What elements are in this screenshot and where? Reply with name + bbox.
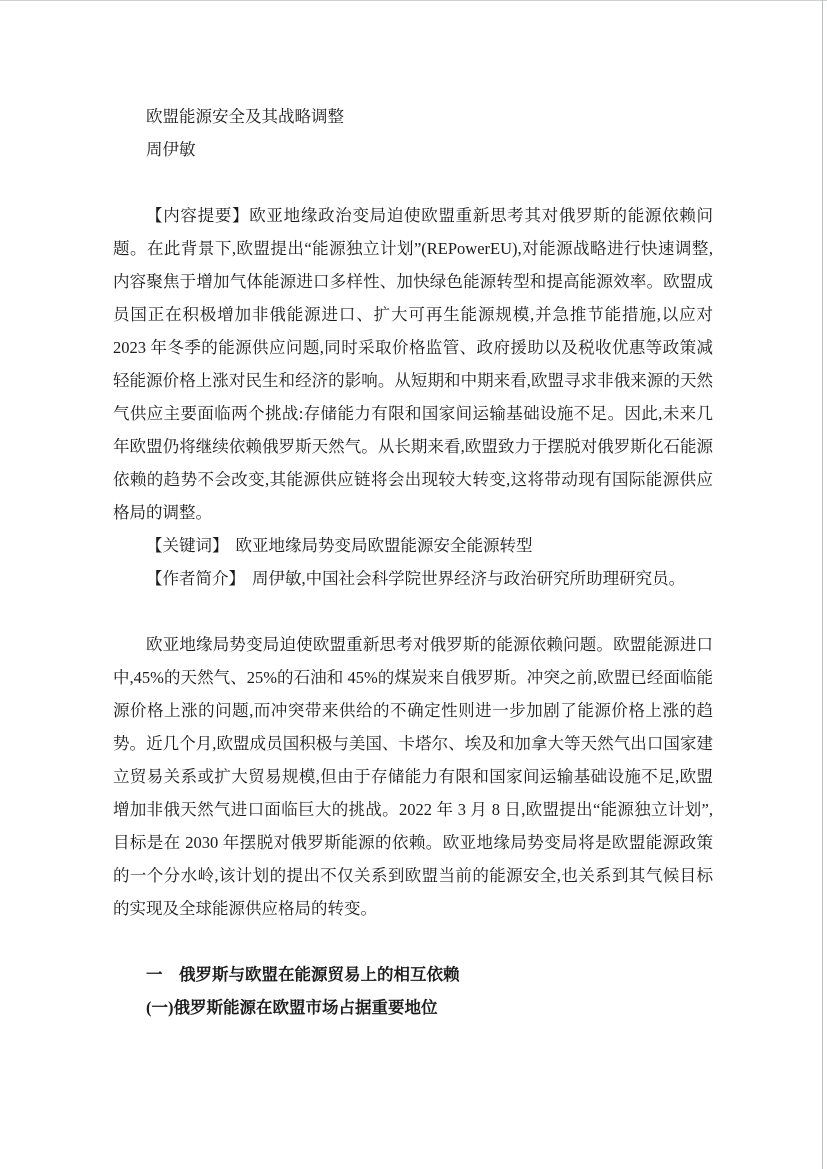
subsection-heading: (一)俄罗斯能源在欧盟市场占据重要地位 [113, 991, 713, 1024]
page-edge-top [0, 0, 827, 1]
spacer [113, 925, 713, 958]
document-page: 欧盟能源安全及其战略调整 周伊敏 【内容提要】欧亚地缘政治变局迫使欧盟重新思考其… [113, 100, 713, 1024]
paper-author: 周伊敏 [113, 133, 713, 166]
section-heading: 一 俄罗斯与欧盟在能源贸易上的相互依赖 [113, 958, 713, 991]
spacer [113, 166, 713, 199]
paper-title: 欧盟能源安全及其战略调整 [113, 100, 713, 133]
body-paragraph: 欧亚地缘局势变局迫使欧盟重新思考对俄罗斯的能源依赖问题。欧盟能源进口中,45%的… [113, 628, 713, 925]
keywords-text: 欧亚地缘局势变局欧盟能源安全能源转型 [236, 536, 533, 555]
spacer [113, 595, 713, 628]
keywords-line: 【关键词】欧亚地缘局势变局欧盟能源安全能源转型 [113, 529, 713, 562]
keywords-label: 【关键词】 [146, 536, 229, 555]
author-bio-line: 【作者简介】周伊敏,中国社会科学院世界经济与政治研究所助理研究员。 [113, 562, 713, 595]
abstract-text: 欧亚地缘政治变局迫使欧盟重新思考其对俄罗斯的能源依赖问题。在此背景下,欧盟提出“… [113, 206, 713, 522]
page-edge-right [822, 0, 823, 1169]
author-bio-label: 【作者简介】 [146, 569, 245, 588]
abstract-paragraph: 【内容提要】欧亚地缘政治变局迫使欧盟重新思考其对俄罗斯的能源依赖问题。在此背景下… [113, 199, 713, 529]
author-bio-text: 周伊敏,中国社会科学院世界经济与政治研究所助理研究员。 [252, 569, 685, 588]
abstract-label: 【内容提要】 [146, 206, 249, 225]
